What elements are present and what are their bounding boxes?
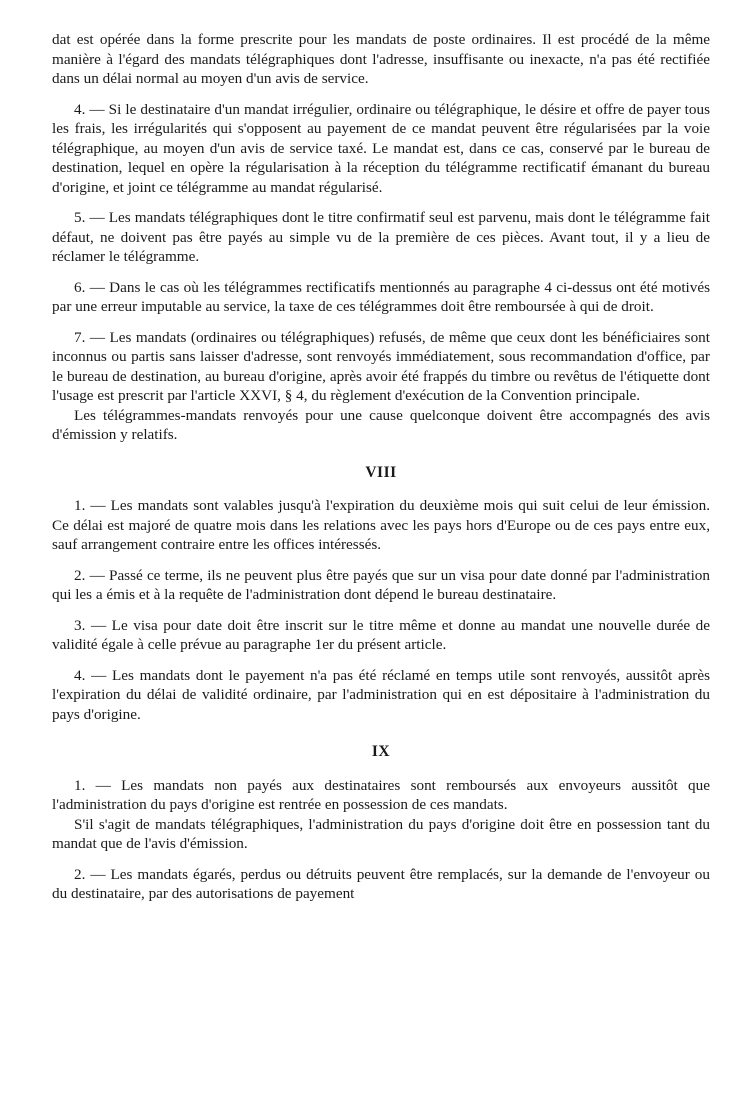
section-ix-paragraph-1: 1. — Les mandats non payés aux destinata… — [52, 776, 710, 815]
paragraph-5: 5. — Les mandats télégraphiques dont le … — [52, 208, 710, 267]
document-page: dat est opérée dans la forme prescrite p… — [52, 30, 710, 915]
section-viii-paragraph-3: 3. — Le visa pour date doit être inscrit… — [52, 616, 710, 655]
paragraph-7-addendum: Les télégrammes-mandats renvoyés pour un… — [52, 406, 710, 445]
paragraph-continuation: dat est opérée dans la forme prescrite p… — [52, 30, 710, 89]
section-ix-paragraph-1-addendum: S'il s'agit de mandats télégraphiques, l… — [52, 815, 710, 854]
section-viii-paragraph-4: 4. — Les mandats dont le payement n'a pa… — [52, 666, 710, 725]
section-ix-paragraph-2: 2. — Les mandats égarés, perdus ou détru… — [52, 865, 710, 904]
section-heading-ix: IX — [52, 742, 710, 762]
section-viii-paragraph-2: 2. — Passé ce terme, ils ne peuvent plus… — [52, 566, 710, 605]
paragraph-6: 6. — Dans le cas où les télégrammes rect… — [52, 278, 710, 317]
section-viii-paragraph-1: 1. — Les mandats sont valables jusqu'à l… — [52, 496, 710, 555]
paragraph-4: 4. — Si le destinataire d'un mandat irré… — [52, 100, 710, 198]
paragraph-7: 7. — Les mandats (ordinaires ou télégrap… — [52, 328, 710, 406]
section-heading-viii: VIII — [52, 463, 710, 483]
